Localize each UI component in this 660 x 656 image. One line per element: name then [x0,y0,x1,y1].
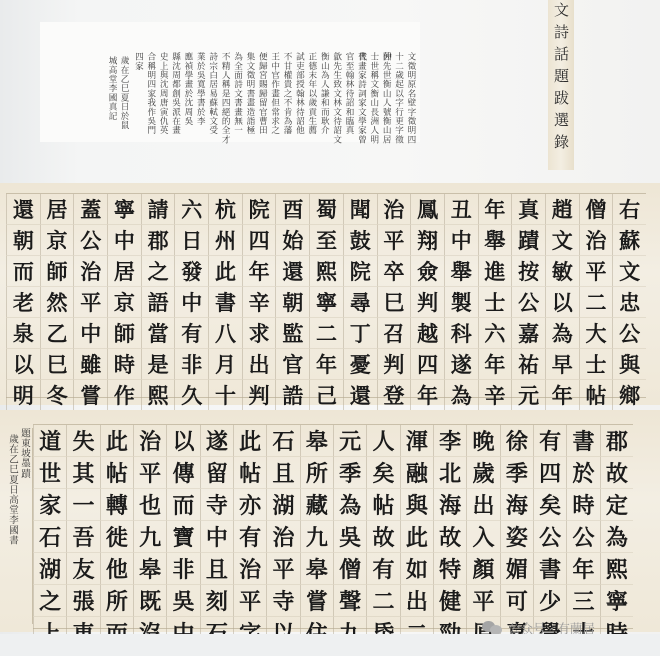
character-cell: 也 [133,489,166,521]
character-cell: 可 [500,585,533,617]
character-cell: 公 [566,521,599,553]
character-cell: 海 [500,489,533,521]
character-cell: 月 [208,349,242,380]
character-cell: 九 [300,521,333,553]
character-cell: 此 [233,425,266,457]
character-cell: 非 [174,349,208,380]
character-cell: 既 [133,585,166,617]
character-cell: 且 [266,457,299,489]
character-cell: 徐 [500,425,533,457]
character-cell: 舉 [478,225,512,256]
character-cell: 與 [612,349,646,380]
character-cell: 有 [233,521,266,553]
character-cell: 歲 [466,457,499,489]
text-column: 詩宗白居易蘇軾文受 [206,52,218,152]
character-cell: 平 [266,553,299,585]
text-column: 歲在乙巳夏日於鼠 [118,56,130,166]
character-cell: 公 [73,225,107,256]
character-cell: 此 [100,425,133,457]
character-cell: 之 [141,256,175,287]
character-cell: 他 [100,553,133,585]
character-cell: 冬 [40,380,74,411]
character-cell: 聞 [343,194,377,225]
character-cell: 皋 [133,553,166,585]
character-cell: 八 [208,318,242,349]
text-column: 合稱明四家我作吳門 [144,52,156,152]
character-cell: 出 [242,349,276,380]
character-cell: 北 [433,457,466,489]
character-cell: 石 [266,425,299,457]
text-column: 文徵明原名壁字徵明四 [405,52,417,152]
text-column: 官至翰林待詔和臨真 [343,52,355,152]
character-cell: 院 [242,194,276,225]
character-cell: 師 [40,256,74,287]
character-cell: 此 [400,521,433,553]
character-cell: 書 [208,287,242,318]
character-cell: 召 [377,318,411,349]
character-cell: 文 [612,256,646,287]
character-cell: 有 [366,553,399,585]
character-cell: 始 [275,225,309,256]
character-cell: 右 [612,194,646,225]
character-cell: 六 [478,318,512,349]
character-cell: 治 [133,425,166,457]
character-cell: 蘇 [612,225,646,256]
character-cell: 中 [73,318,107,349]
character-cell: 失 [66,425,99,457]
text-column: 業於吳寬學書於李 [194,52,206,152]
character-cell: 年 [478,194,512,225]
character-cell: 健 [433,585,466,617]
character-cell: 年 [478,349,512,380]
character-cell: 舉 [444,256,478,287]
character-cell: 十 [208,380,242,411]
character-cell: 中 [200,521,233,553]
character-cell: 年 [410,380,444,411]
character-cell: 而 [166,489,199,521]
character-cell: 巳 [40,349,74,380]
character-cell: 判 [242,380,276,411]
character-cell: 是 [141,349,175,380]
calligraphy-panel-1: 右蘇文忠公與鄉僧治平二大士帖趙文敏以為早年真蹟按公嘉祐元年舉進士六年辛丑中舉製科… [0,183,660,405]
character-cell: 融 [400,457,433,489]
text-column: 城高堂李國真記 [106,56,118,166]
character-cell: 寧 [309,287,343,318]
character-cell: 州 [208,225,242,256]
character-cell: 有 [533,425,566,457]
character-cell: 公 [533,521,566,553]
character-cell: 道 [33,425,66,457]
character-cell: 姿 [500,521,533,553]
character-cell: 出 [400,585,433,617]
title-slip-text: 文詩話題跋選錄 [548,0,574,156]
character-cell: 定 [600,489,633,521]
character-cell: 出 [466,489,499,521]
character-cell: 判 [377,349,411,380]
character-cell: 蹟 [511,225,545,256]
character-cell: 吾 [66,521,99,553]
character-cell: 治 [73,256,107,287]
character-cell: 辛 [478,380,512,411]
character-cell: 巳 [377,287,411,318]
character-cell: 尋 [343,287,377,318]
bottom-background [0,634,660,656]
character-cell: 入 [466,521,499,553]
character-cell: 與 [400,489,433,521]
character-cell: 皋 [300,425,333,457]
character-cell: 吳 [166,585,199,617]
character-cell: 特 [433,553,466,585]
text-column: 因先世衡山人號衡山居 [380,52,392,152]
character-cell: 公 [511,287,545,318]
character-cell: 轉 [100,489,133,521]
character-cell: 書 [533,553,566,585]
text-column: 集文徵明書畫造詣極 [244,52,256,152]
text-column: 史上與沈周唐寅仇英 [157,52,169,152]
character-cell: 鼓 [343,225,377,256]
character-cell: 媚 [500,553,533,585]
character-cell: 留 [200,457,233,489]
character-cell: 嘗 [300,585,333,617]
character-cell: 二 [579,287,613,318]
character-cell: 蓋 [73,194,107,225]
character-cell: 藏 [300,489,333,521]
character-cell: 一 [66,489,99,521]
text-column: 士世稱文衡山長洲人明代 [367,52,379,152]
character-cell: 石 [33,521,66,553]
character-cell: 居 [107,256,141,287]
character-cell: 此 [208,256,242,287]
character-cell: 六 [174,194,208,225]
character-cell: 四 [533,457,566,489]
character-cell: 判 [410,287,444,318]
character-cell: 中 [174,287,208,318]
character-cell: 憂 [343,349,377,380]
character-cell: 寺 [266,585,299,617]
character-cell: 為 [545,318,579,349]
character-cell: 大 [579,318,613,349]
character-cell: 寺 [200,489,233,521]
character-cell: 朝 [6,225,40,256]
text-column: 十二歲起以字行更字徵仲 [392,52,404,152]
character-cell: 刻 [200,585,233,617]
character-cell: 己 [309,380,343,411]
character-cell: 雖 [73,349,107,380]
character-cell: 二 [366,585,399,617]
character-cell: 家 [33,489,66,521]
character-cell: 忠 [612,287,646,318]
character-cell: 杭 [208,194,242,225]
character-cell: 平 [466,585,499,617]
character-cell: 遂 [444,349,478,380]
character-cell: 治 [579,225,613,256]
character-cell: 久 [174,380,208,411]
character-cell: 故 [433,521,466,553]
character-cell: 元 [511,380,545,411]
character-cell: 卒 [377,256,411,287]
character-cell: 趙 [545,194,579,225]
character-cell: 還 [343,380,377,411]
character-cell: 中 [107,225,141,256]
character-cell: 如 [400,553,433,585]
character-cell: 製 [444,287,478,318]
character-cell: 故 [600,457,633,489]
character-cell: 泉 [6,318,40,349]
top-calligraphy-sheet: 歲在乙巳夏日於鼠城高堂李國真記 文徵明原名壁字徵明四十二歲起以字行更字徵仲因先世… [40,22,420,142]
text-column: 歙先生致文林文待詔文 [330,52,342,152]
character-cell: 鄉 [612,380,646,411]
character-cell: 年 [309,349,343,380]
character-cell: 熙 [309,256,343,287]
character-cell: 老 [6,287,40,318]
character-cell: 顏 [466,553,499,585]
character-cell: 丁 [343,318,377,349]
character-cell: 作 [107,380,141,411]
character-cell: 友 [66,553,99,585]
character-cell: 蜀 [309,194,343,225]
text-column: 便歸宮賜歸留官曹田 [256,52,268,152]
text-column: 四家 [132,52,144,152]
character-cell: 僧 [333,553,366,585]
character-cell: 科 [444,318,478,349]
character-cell: 帖 [233,457,266,489]
character-cell: 晚 [466,425,499,457]
character-cell: 年 [545,380,579,411]
character-cell: 帖 [100,457,133,489]
character-cell: 明 [6,380,40,411]
character-cell: 然 [40,287,74,318]
text-column: 衡山為人謙和而耿介 [318,52,330,152]
character-cell: 僧 [579,194,613,225]
character-cell: 寶 [166,521,199,553]
character-cell: 人 [366,425,399,457]
character-cell: 寧 [107,194,141,225]
character-cell: 監 [275,318,309,349]
character-cell: 當 [141,318,175,349]
character-cell: 士 [478,287,512,318]
character-cell: 治 [233,553,266,585]
character-cell: 郡 [600,425,633,457]
character-cell: 嘗 [73,380,107,411]
character-cell: 嘉 [511,318,545,349]
character-cell: 僉 [410,256,444,287]
text-column: 為全面詩文書畫無一 [231,52,243,152]
character-cell: 進 [478,256,512,287]
text-column: 書畫家詩詞家文學家曾 [355,52,367,152]
character-cell: 京 [107,287,141,318]
character-cell: 文 [545,225,579,256]
character-cell: 平 [579,256,613,287]
character-cell: 少 [533,585,566,617]
character-cell: 郡 [141,225,175,256]
character-cell: 海 [433,489,466,521]
character-grid-1: 右蘇文忠公與鄉僧治平二大士帖趙文敏以為早年真蹟按公嘉祐元年舉進士六年辛丑中舉製科… [6,193,646,398]
character-cell: 渾 [400,425,433,457]
character-cell: 翔 [410,225,444,256]
top-running-script-text: 文徵明原名壁字徵明四十二歲起以字行更字徵仲因先世衡山人號衡山居士世稱文衡山長洲人… [132,52,417,152]
character-cell: 而 [6,256,40,287]
character-cell: 熙 [600,553,633,585]
character-cell: 元 [333,425,366,457]
character-cell: 語 [141,287,175,318]
character-cell: 丑 [444,194,478,225]
character-cell: 越 [410,318,444,349]
character-cell: 還 [6,194,40,225]
character-cell: 之 [33,585,66,617]
top-area: 歲在乙巳夏日於鼠城高堂李國真記 文徵明原名壁字徵明四十二歲起以字行更字徵仲因先世… [0,0,660,180]
character-cell: 徙 [100,521,133,553]
character-cell: 發 [174,256,208,287]
character-cell: 亦 [233,489,266,521]
character-cell: 湖 [33,553,66,585]
text-column: 試吏部授翰林待詔他 [293,52,305,152]
character-cell: 日 [174,225,208,256]
character-cell: 以 [6,349,40,380]
character-cell: 傳 [166,457,199,489]
character-cell: 故 [366,521,399,553]
character-cell: 為 [600,521,633,553]
character-cell: 平 [377,225,411,256]
character-cell: 且 [200,553,233,585]
character-cell: 四 [410,349,444,380]
character-cell: 吳 [333,521,366,553]
character-cell: 公 [612,318,646,349]
text-column: 歲在乙巳夏日高堂李國書 [6,434,18,594]
character-cell: 矣 [366,457,399,489]
character-grid-2: 郡故定為熙寧時書於時公年三十有四矣公書少學徐季海姿媚可喜晚歲出入顏平原李北海故特… [33,424,633,629]
character-cell: 師 [107,318,141,349]
character-cell: 平 [73,287,107,318]
character-cell: 乙 [40,318,74,349]
character-cell: 所 [300,457,333,489]
character-cell: 皋 [300,553,333,585]
character-cell: 帖 [366,489,399,521]
character-cell: 官 [275,349,309,380]
character-cell: 至 [309,225,343,256]
character-cell: 所 [100,585,133,617]
text-column: 正德末年以歲貢生薦 [305,52,317,152]
character-cell: 酉 [275,194,309,225]
character-cell: 矣 [533,489,566,521]
character-cell: 季 [500,457,533,489]
character-cell: 祐 [511,349,545,380]
character-cell: 居 [40,194,74,225]
inscription: 題東坡墨蹟歲在乙巳夏日高堂李國書 [6,428,33,624]
character-cell: 辛 [242,287,276,318]
top-colophon: 歲在乙巳夏日於鼠城高堂李國真記 [106,56,130,166]
character-cell: 士 [579,349,613,380]
character-cell: 書 [566,425,599,457]
character-cell: 誥 [275,380,309,411]
character-cell: 登 [377,380,411,411]
calligraphy-panel-2: 題東坡墨蹟歲在乙巳夏日高堂李國書 郡故定為熙寧時書於時公年三十有四矣公書少學徐季… [0,410,660,632]
text-column: 王中官作畫但常求之 [268,52,280,152]
character-cell: 其 [66,457,99,489]
character-cell: 求 [242,318,276,349]
character-cell: 時 [107,349,141,380]
character-cell: 以 [166,425,199,457]
character-cell: 二 [309,318,343,349]
text-column: 題東坡墨蹟 [18,428,30,548]
character-cell: 鳳 [410,194,444,225]
character-cell: 朝 [275,287,309,318]
character-cell: 李 [433,425,466,457]
character-cell: 有 [174,318,208,349]
character-cell: 平 [133,457,166,489]
character-cell: 京 [40,225,74,256]
character-cell: 季 [333,457,366,489]
character-cell: 於 [566,457,599,489]
character-cell: 請 [141,194,175,225]
character-cell: 帖 [579,380,613,411]
character-cell: 為 [333,489,366,521]
text-column: 應禎學畫於沈周吳 [182,52,194,152]
text-column: 縣沈周都創吳派在畫 [169,52,181,152]
character-cell: 張 [66,585,99,617]
character-cell: 聲 [333,585,366,617]
character-cell: 治 [377,194,411,225]
character-cell: 四 [242,225,276,256]
character-cell: 非 [166,553,199,585]
character-cell: 九 [133,521,166,553]
character-cell: 年 [242,256,276,287]
character-cell: 寧 [600,585,633,617]
character-cell: 中 [444,225,478,256]
character-cell: 還 [275,256,309,287]
text-column: 不精人稱是四絕的全才 [219,52,231,152]
character-cell: 院 [343,256,377,287]
character-cell: 遂 [200,425,233,457]
character-cell: 真 [511,194,545,225]
character-cell: 時 [566,489,599,521]
character-cell: 熙 [141,380,175,411]
character-cell: 治 [266,521,299,553]
character-cell: 按 [511,256,545,287]
character-cell: 三 [566,585,599,617]
character-cell: 早 [545,349,579,380]
character-cell: 敏 [545,256,579,287]
title-slip: 文詩話題跋選錄 [548,0,574,170]
character-cell: 年 [566,553,599,585]
character-cell: 以 [545,287,579,318]
character-cell: 世 [33,457,66,489]
character-cell: 平 [233,585,266,617]
text-column: 不甘權貴之不肯為藩 [281,52,293,152]
character-cell: 湖 [266,489,299,521]
character-cell: 為 [444,380,478,411]
